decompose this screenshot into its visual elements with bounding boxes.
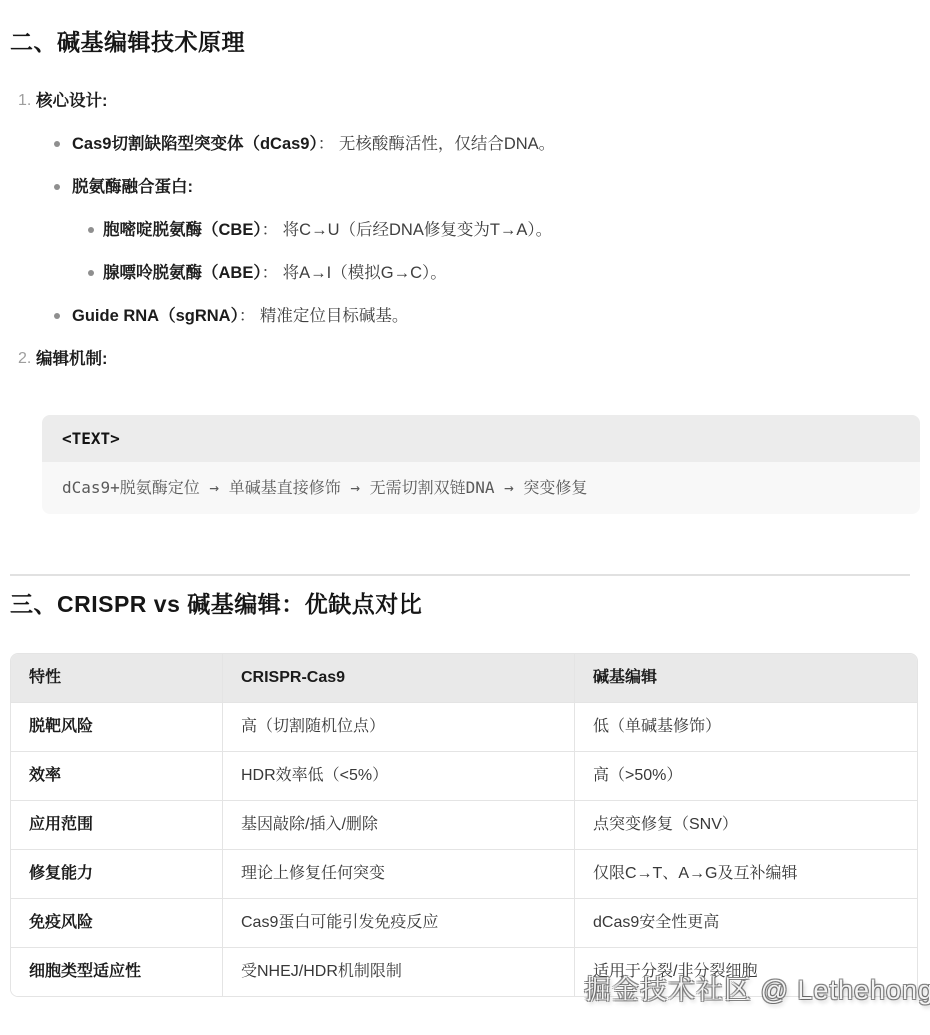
table-cell: 脱靶风险 xyxy=(11,703,223,752)
table-cell: 应用范围 xyxy=(11,801,223,850)
table-header-cell: 碱基编辑 xyxy=(575,654,917,703)
table-cell: 基因敲除/插入/删除 xyxy=(223,801,575,850)
table-cell: 点突变修复（SNV） xyxy=(575,801,917,850)
table-row: 脱靶风险 高（切割随机位点） 低（单碱基修饰） xyxy=(11,703,917,752)
bullet-item-dcas9: Cas9切割缺陷型突变体（dCas9）： 无核酸酶活性，仅结合DNA。 xyxy=(10,133,920,155)
table-cell: 适用于分裂/非分裂细胞 xyxy=(575,948,917,996)
table-cell: Cas9蛋白可能引发免疫反应 xyxy=(223,899,575,948)
list-item-core-design: 1. 核心设计: xyxy=(10,90,920,112)
ordered-number: 1. xyxy=(18,90,31,112)
bullet-description: ： 将A→I（模拟G→C）。 xyxy=(262,264,447,282)
bullet-term: 脱氨酶融合蛋白: xyxy=(72,178,193,196)
bullet-icon xyxy=(54,313,60,319)
section-heading-principle: 二、碱基编辑技术原理 xyxy=(10,28,920,56)
bullet-term: 胞嘧啶脱氨酶（CBE） xyxy=(103,221,262,239)
table-row: 免疫风险 Cas9蛋白可能引发免疫反应 dCas9安全性更高 xyxy=(11,899,917,948)
list-item-label: 编辑机制: xyxy=(36,350,108,368)
list-item-edit-mechanism: 2. 编辑机制: xyxy=(10,348,920,370)
article-body: 二、碱基编辑技术原理 1. 核心设计: Cas9切割缺陷型突变体（dCas9）：… xyxy=(0,0,930,997)
bullet-description: ： 精准定位目标碱基。 xyxy=(239,307,409,325)
table-cell: HDR效率低（<5%） xyxy=(223,752,575,801)
table-cell: 修复能力 xyxy=(11,850,223,899)
code-block-header: <TEXT> xyxy=(42,415,920,462)
table-cell: 效率 xyxy=(11,752,223,801)
table-cell: dCas9安全性更高 xyxy=(575,899,917,948)
bullet-term: 腺嘌呤脱氨酶（ABE） xyxy=(103,264,262,282)
bullet-icon xyxy=(88,270,94,276)
bullet-icon xyxy=(54,141,60,147)
bullet-icon xyxy=(88,227,94,233)
table-row: 修复能力 理论上修复任何突变 仅限C→T、A→G及互补编辑 xyxy=(11,850,917,899)
bullet-item-sgrna: Guide RNA（sgRNA）： 精准定位目标碱基。 xyxy=(10,305,920,327)
table-cell: 受NHEJ/HDR机制限制 xyxy=(223,948,575,996)
bullet-item-deaminase: 脱氨酶融合蛋白: xyxy=(10,176,920,198)
bullet-item-abe: 腺嘌呤脱氨酶（ABE）： 将A→I（模拟G→C）。 xyxy=(10,262,920,284)
table-cell: 高（切割随机位点） xyxy=(223,703,575,752)
table-cell: 理论上修复任何突变 xyxy=(223,850,575,899)
table-row: 效率 HDR效率低（<5%） 高（>50%） xyxy=(11,752,917,801)
table-header-row: 特性 CRISPR-Cas9 碱基编辑 xyxy=(11,654,917,703)
ordered-number: 2. xyxy=(18,348,31,370)
code-block-body: dCas9+脱氨酶定位 → 单碱基直接修饰 → 无需切割双链DNA → 突变修复 xyxy=(42,462,920,514)
table-cell: 仅限C→T、A→G及互补编辑 xyxy=(575,850,917,899)
table-header-cell: CRISPR-Cas9 xyxy=(223,654,575,703)
bullet-description: ： 将C→U（后经DNA修复变为T→A）。 xyxy=(262,221,553,239)
table-row: 应用范围 基因敲除/插入/删除 点突变修复（SNV） xyxy=(11,801,917,850)
bullet-item-cbe: 胞嘧啶脱氨酶（CBE）： 将C→U（后经DNA修复变为T→A）。 xyxy=(10,219,920,241)
section-divider xyxy=(10,574,910,576)
table-header-cell: 特性 xyxy=(11,654,223,703)
list-item-label: 核心设计: xyxy=(36,92,108,110)
table-cell: 细胞类型适应性 xyxy=(11,948,223,996)
table-cell: 免疫风险 xyxy=(11,899,223,948)
bullet-term: Guide RNA（sgRNA） xyxy=(72,307,239,325)
table-cell: 低（单碱基修饰） xyxy=(575,703,917,752)
bullet-icon xyxy=(54,184,60,190)
section-heading-comparison: 三、CRISPR vs 碱基编辑：优缺点对比 xyxy=(10,590,920,618)
bullet-description: ： 无核酸酶活性，仅结合DNA。 xyxy=(318,135,555,153)
bullet-term: Cas9切割缺陷型突变体（dCas9） xyxy=(72,135,318,153)
table-cell: 高（>50%） xyxy=(575,752,917,801)
comparison-table: 特性 CRISPR-Cas9 碱基编辑 脱靶风险 高（切割随机位点） 低（单碱基… xyxy=(10,653,918,997)
table-row: 细胞类型适应性 受NHEJ/HDR机制限制 适用于分裂/非分裂细胞 xyxy=(11,948,917,996)
code-block: <TEXT> dCas9+脱氨酶定位 → 单碱基直接修饰 → 无需切割双链DNA… xyxy=(42,415,920,514)
